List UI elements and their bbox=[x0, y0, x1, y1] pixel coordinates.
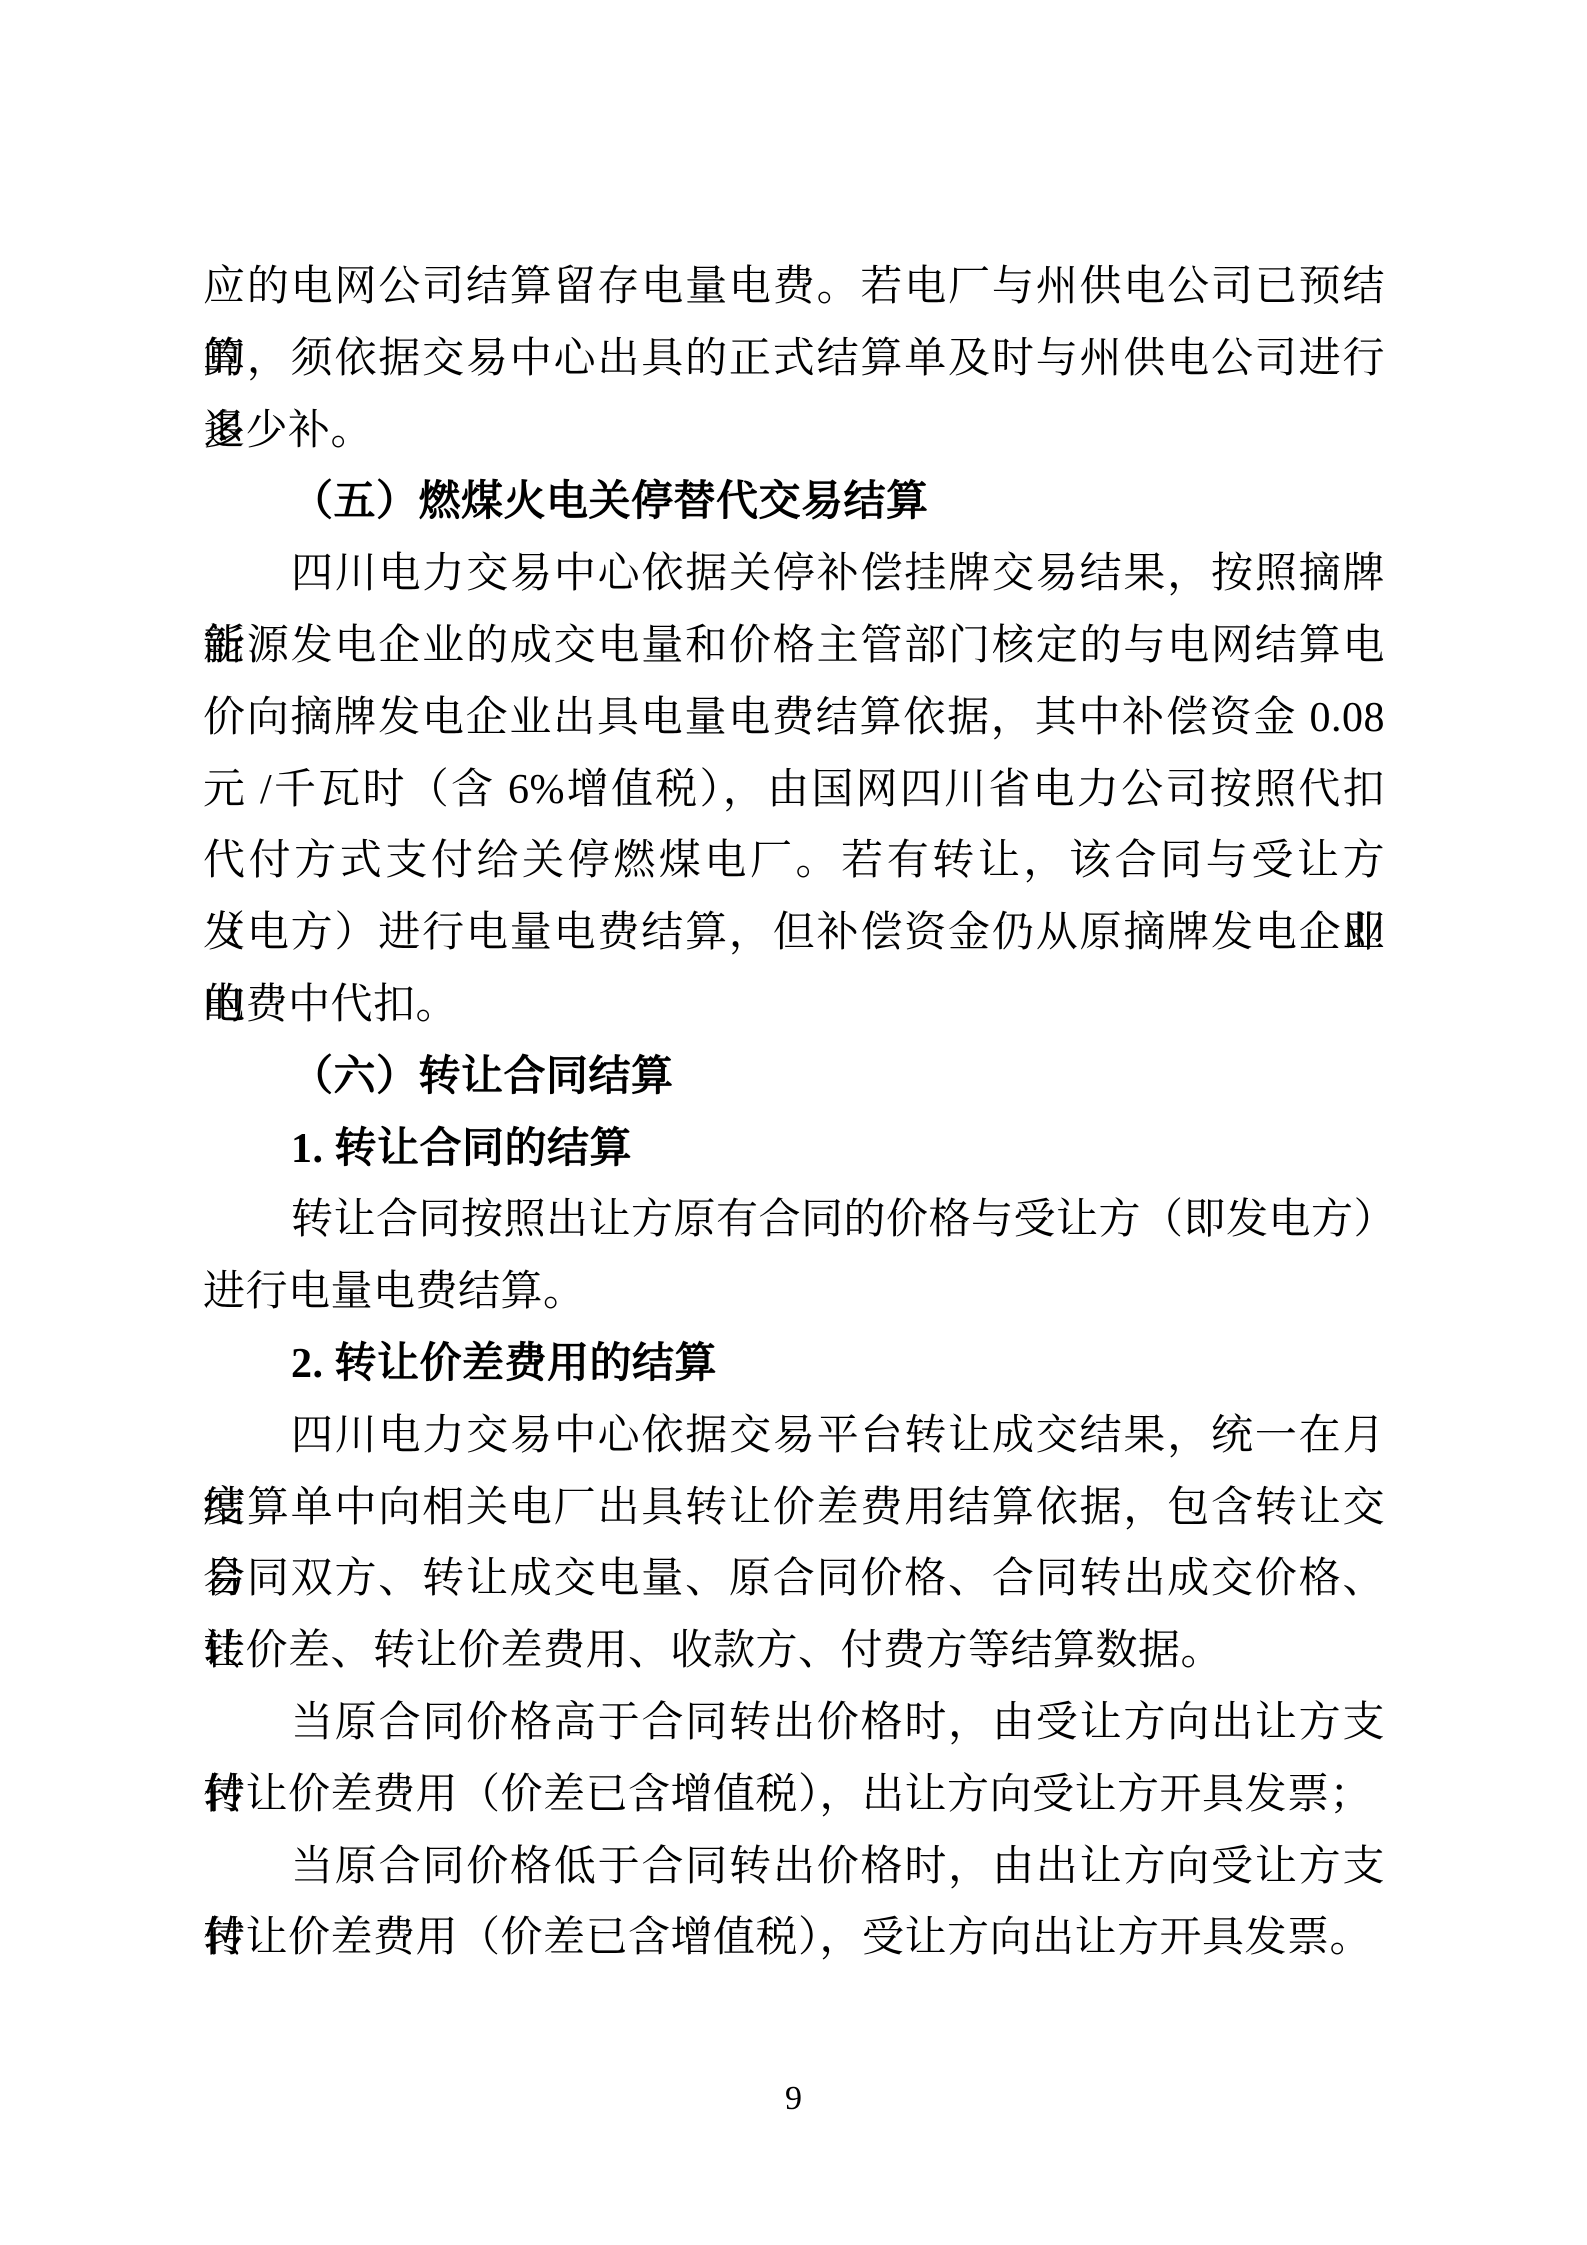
body-text-line: 合同双方、转让成交电量、原合同价格、合同转出成交价格、转 bbox=[203, 1544, 1385, 1616]
body-text-line: 价向摘牌发电企业出具电量电费结算依据，其中补偿资金 0.08 bbox=[203, 683, 1385, 755]
body-text-line: 进行电量电费结算。 bbox=[203, 1257, 1385, 1329]
body-text-line: 的，须依据交易中心出具的正式结算单及时与州供电公司进行多 bbox=[203, 324, 1385, 396]
body-text-line: 应的电网公司结算留存电量电费。若电厂与州供电公司已预结算 bbox=[203, 252, 1385, 324]
section-heading-6: （六）转让合同结算 bbox=[203, 1042, 1385, 1114]
section-heading-5: （五）燃煤火电关停替代交易结算 bbox=[203, 467, 1385, 539]
page-number: 9 bbox=[0, 2080, 1587, 2118]
body-text-line: 转让价差费用（价差已含增值税），受让方向出让方开具发票。 bbox=[203, 1903, 1385, 1975]
body-text-line: 元 /千瓦时（含 6%增值税），由国网四川省电力公司按照代扣 bbox=[203, 755, 1385, 827]
body-text-line: 让价差、转让价差费用、收款方、付费方等结算数据。 bbox=[203, 1616, 1385, 1688]
body-text-line: 发电方）进行电量电费结算，但补偿资金仍从原摘牌发电企业的 bbox=[203, 898, 1385, 970]
sub-heading-2: 2. 转让价差费用的结算 bbox=[203, 1329, 1385, 1401]
body-text-line: 转让合同按照出让方原有合同的价格与受让方（即发电方） bbox=[203, 1185, 1385, 1257]
sub-heading-1: 1. 转让合同的结算 bbox=[203, 1114, 1385, 1186]
body-text-line: 当原合同价格低于合同转出价格时，由出让方向受让方支付 bbox=[203, 1832, 1385, 1904]
body-text-line: 代付方式支付给关停燃煤电厂。若有转让，该合同与受让方（即 bbox=[203, 826, 1385, 898]
body-text-line: 结算单中向相关电厂出具转让价差费用结算依据，包含转让交易 bbox=[203, 1473, 1385, 1545]
body-text-line: 转让价差费用（价差已含增值税），出让方向受让方开具发票； bbox=[203, 1760, 1385, 1832]
body-text-line: 四川电力交易中心依据关停补偿挂牌交易结果，按照摘牌新 bbox=[203, 539, 1385, 611]
body-text-line: 四川电力交易中心依据交易平台转让成交结果，统一在月度 bbox=[203, 1401, 1385, 1473]
body-text-line: 电费中代扣。 bbox=[203, 970, 1385, 1042]
document-body: 应的电网公司结算留存电量电费。若电厂与州供电公司已预结算 的，须依据交易中心出具… bbox=[203, 252, 1385, 1975]
body-text-line: 退少补。 bbox=[203, 396, 1385, 468]
document-page: 应的电网公司结算留存电量电费。若电厂与州供电公司已预结算 的，须依据交易中心出具… bbox=[0, 0, 1587, 2245]
body-text-line: 当原合同价格高于合同转出价格时，由受让方向出让方支付 bbox=[203, 1688, 1385, 1760]
body-text-line: 能源发电企业的成交电量和价格主管部门核定的与电网结算电 bbox=[203, 611, 1385, 683]
